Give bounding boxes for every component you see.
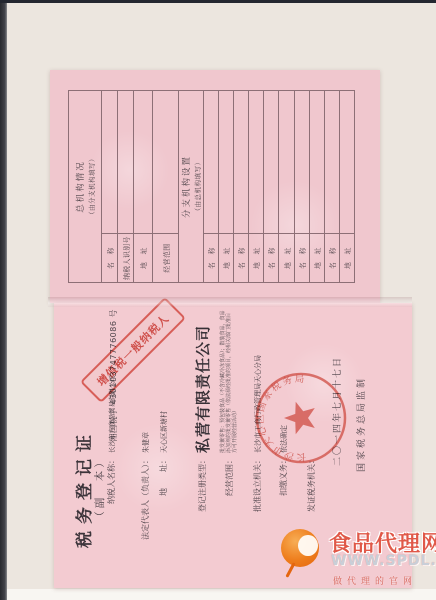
table-row: 地 址 [133,91,152,282]
branch-name-label: 名 称 [234,233,248,282]
approval-org-label: 批准设立机关： [252,456,263,560]
blank-cell [134,91,152,233]
watermark-site-url: WWW.SPDL.COM [331,553,436,569]
blank-cell [310,91,324,233]
blank-cell [118,91,133,233]
issuer-footer: 国家税务总局监制 [354,376,367,472]
head-office-section-header: 总机构情况 （由分支机构填写） [69,91,101,282]
blank-cell [340,91,354,233]
branch-row-name: 名 称 [233,91,248,282]
blank-cell [153,91,178,233]
reg-type-label: 登记注册类型： [197,456,208,560]
branch-section-header: 分支机构设置 （由总机构填写） [178,91,203,282]
reg-type-value: 私营有限责任公司 [192,325,213,453]
legal-rep-value: 朱健章 [141,432,151,453]
row-label-scope: 经营范围 [153,233,178,282]
blank-cell [102,91,117,233]
blank-cell [264,91,278,233]
watermark-logo-icon [281,529,319,567]
photo-bottom-margin [7,589,436,600]
row-label-taxpayer-id: 纳税人识别号 [118,233,133,282]
branch-address-label: 地 址 [249,233,263,282]
branch-name-label: 名 称 [295,233,309,282]
blank-cell [295,91,309,233]
branch-address-label: 地 址 [310,233,324,282]
branch-row-name: 名 称 [263,91,278,282]
blank-cell [219,91,233,233]
branch-name-label: 名 称 [204,233,218,282]
branch-row-address: 地 址 [339,91,354,282]
blank-cell [204,91,218,233]
branch-subtitle: （由总机构填写） [193,159,202,215]
branch-row-address: 地 址 [309,91,324,282]
page-fold-crease [48,297,412,307]
row-label-name: 名 称 [102,233,117,282]
blank-cell [249,91,263,233]
table-row: 纳税人识别号 [117,91,133,282]
row-label-address: 地 址 [134,233,152,282]
grid-page: 总机构情况 （由分支机构填写） 名 称 纳税人识别号 地 址 经营范围 分支机构… [50,70,380,303]
branch-row-name: 名 称 [203,91,218,282]
branch-info-table: 总机构情况 （由分支机构填写） 名 称 纳税人识别号 地 址 经营范围 分支机构… [68,90,355,283]
photo-scan: 总机构情况 （由分支机构填写） 名 称 纳税人识别号 地 址 经营范围 分支机构… [0,0,436,600]
branch-row-name: 名 称 [324,91,339,282]
head-office-subtitle: （由分支机构填写） [87,155,96,218]
address-value: 天心区新塘村 [159,411,169,453]
branch-name-label: 名 称 [325,233,339,282]
table-row: 名 称 [101,91,117,282]
branch-row-address: 地 址 [248,91,263,282]
field-address: 地 址： 天心区新塘村 [158,309,169,560]
business-scope-label: 经营范围： [224,456,235,560]
branch-name-label: 名 称 [264,233,278,282]
tax-bureau-round-stamp: 长沙市天心区国家税务局 [253,370,349,466]
blank-cell [279,91,293,233]
blank-cell [325,91,339,233]
branch-address-label: 地 址 [279,233,293,282]
address-label: 地 址： [158,456,169,560]
certificate-subtitle: （副 本） [92,388,107,588]
vat-general-taxpayer-stamp: 增值税一般纳税人 [80,297,186,403]
branch-row-address: 地 址 [218,91,233,282]
head-office-title: 总机构情况 [74,160,86,213]
branch-row-address: 地 址 [278,91,293,282]
field-reg-type: 登记注册类型： 私营有限责任公司 [192,309,213,560]
branch-address-label: 地 址 [340,233,354,282]
photo-edge-top [0,0,436,3]
blank-cell [234,91,248,233]
legal-rep-label: 法定代表人（负责人）： [140,456,151,560]
branch-title: 分支机构设置 [180,155,192,218]
branch-address-label: 地 址 [219,233,233,282]
taxpayer-name-label: 纳税人名称： [106,456,117,560]
field-business-scope: 经营范围： 批发兼零售：预包装食品（不含冷藏冷冻食品）；散装食品、食品添加剂的批… [220,309,238,560]
photo-edge-left [0,0,7,600]
table-row: 经营范围 [152,91,178,282]
branch-row-name: 名 称 [294,91,309,282]
stamp-star-icon [284,402,315,434]
business-scope-value: 批发兼零售：预包装食品（不含冷藏冷冻食品）；散装食品、食品添加剂的批发兼零售（依… [220,309,238,453]
watermark-tagline: 做代理的官网 [333,574,417,587]
